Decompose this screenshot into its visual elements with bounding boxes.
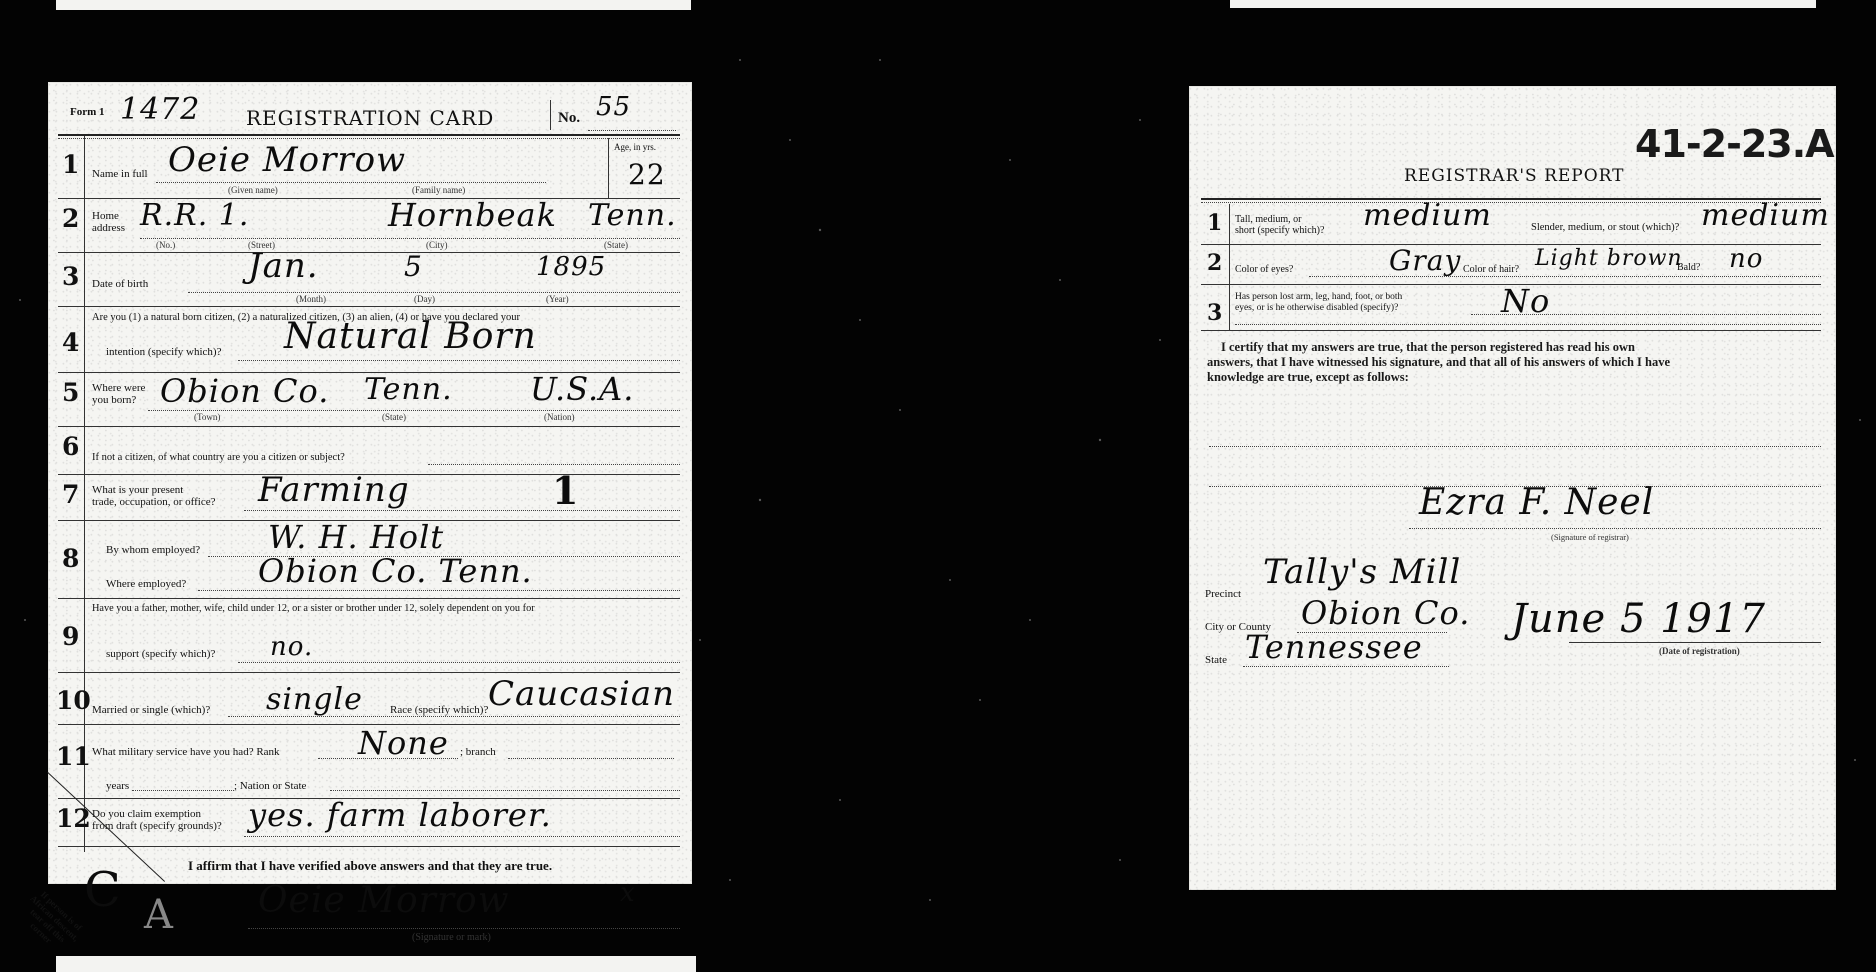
birth-state: Tenn. [364,372,453,407]
precinct-label: Precinct [1205,588,1241,600]
precinct-value: Tally's Mill [1263,552,1461,592]
race-label: Race (specify which)? [390,704,488,716]
row-number: 4 [62,328,79,357]
occupation-label-1: What is your present [92,484,183,496]
exemption-value: yes. farm laborer. [248,796,552,834]
state-label: State [1205,654,1227,666]
adjacent-card-top-left [56,0,691,10]
dependents-question: Have you a father, mother, wife, child u… [92,603,535,614]
corner-mark-a: A [144,892,174,938]
eye-color-value: Gray [1389,244,1461,277]
height-label-1: Tall, medium, or [1235,214,1302,225]
branch-label: ; branch [460,746,496,758]
build-label: Slender, medium, or stout (which)? [1529,222,1679,233]
row-number: 1 [62,150,79,179]
race-value: Caucasian [488,674,675,714]
row-number: 5 [62,378,79,407]
year-sublabel: (Year) [546,294,569,304]
nation-sublabel: (Nation) [544,412,575,422]
home-label-1: Home [92,210,119,222]
registrars-report-card: 41-2-23.A REGISTRAR'S REPORT 1 Tall, med… [1189,86,1836,890]
certification-text: I certify that my answers are true, that… [1207,340,1821,385]
address-no-value: R.R. 1. [140,198,249,233]
nation-or-state-label: ; Nation or State [234,780,306,792]
employment-place-value: Obion Co. Tenn. [258,552,533,590]
citizenship-value: Natural Born [284,316,537,357]
dob-label: Date of birth [92,278,148,290]
county-value: Obion Co. [1301,594,1470,632]
marital-status-label: Married or single (which)? [92,704,210,716]
registrar-signature: Ezra F. Neel [1419,482,1654,523]
birthplace-label-2: you born? [92,394,136,406]
employer-value: W. H. Holt [268,518,444,556]
signature-sublabel: (Signature or mark) [412,932,491,943]
row-number: 3 [62,262,79,291]
signature-mark: x [620,878,636,908]
foreign-citizen-label: If not a citizen, of what country are yo… [92,452,345,463]
dob-year: 1895 [536,252,606,282]
row-number: 11 [56,742,91,771]
address-city-value: Hornbeak [388,196,557,234]
dob-day: 5 [404,250,423,283]
height-label-2: short (specify which)? [1235,225,1324,236]
build-value: medium [1701,198,1830,233]
birth-nation: U.S.A. [530,370,634,408]
row-number: 1 [1207,210,1222,236]
row-number: 10 [56,686,91,715]
state-value: Tennessee [1245,628,1423,666]
registration-card: Form 1 1472 REGISTRATION CARD No. 55 1 N… [48,82,692,884]
occupation-mark: 1 [552,468,579,513]
tear-off-notice: If person is of African descent, tear of… [15,886,88,958]
registrar-signature-sublabel: (Signature of registrar) [1551,532,1629,542]
row-number: 9 [62,622,79,651]
military-service-label: What military service have you had? Rank [92,746,280,758]
dob-month: Jan. [248,246,319,286]
height-value: medium [1363,198,1492,233]
disability-label-2: eyes, or is he otherwise disabled (speci… [1235,303,1398,313]
adjacent-card-bottom-left [56,956,696,972]
report-title: REGISTRAR'S REPORT [1404,166,1625,186]
hair-color-label: Color of hair? [1463,264,1519,275]
military-service-value: None [358,724,449,762]
hair-color-value: Light brown [1535,246,1683,271]
form-number: 1472 [120,92,200,127]
city-sublabel: (City) [426,240,448,250]
day-sublabel: (Day) [414,294,435,304]
exemption-label-1: Do you claim exemption [92,808,201,820]
state-sublabel: (State) [604,240,628,250]
row-number: 6 [62,432,79,461]
row-number: 7 [62,480,79,509]
support-label: support (specify which)? [106,648,215,660]
month-sublabel: (Month) [296,294,326,304]
serial-number: 55 [596,92,631,122]
birth-town: Obion Co. [160,372,329,410]
marital-status-value: single [266,682,363,717]
state-sublabel: (State) [382,412,406,422]
no-sublabel: (No.) [156,240,175,250]
town-sublabel: (Town) [194,412,220,422]
family-name-sublabel: (Family name) [412,185,465,195]
card-title: REGISTRATION CARD [246,106,494,130]
serial-no-label: No. [558,110,580,127]
eye-color-label: Color of eyes? [1235,264,1293,275]
name-value: Oeie Morrow [168,140,406,180]
affirmation-text: I affirm that I have verified above answ… [188,858,552,874]
age-label: Age, in yrs. [614,142,656,152]
employment-place-label: Where employed? [106,578,186,590]
dependents-value: no. [270,632,313,662]
occupation-value: Farming [258,470,410,510]
row-number: 8 [62,544,79,573]
registration-date: June 5 1917 [1511,596,1766,642]
corner-mark-c: C [84,862,122,918]
bald-value: no [1729,244,1763,274]
adjacent-card-top-right [1230,0,1816,8]
row-number: 2 [62,204,79,233]
disability-label-1: Has person lost arm, leg, hand, foot, or… [1235,292,1402,302]
given-name-sublabel: (Given name) [228,185,278,195]
home-label-2: address [92,222,125,234]
bald-label: Bald? [1677,262,1700,273]
employer-label: By whom employed? [106,544,200,556]
years-label: years [106,780,129,792]
form-label: Form 1 [70,106,105,118]
row-number: 3 [1207,300,1222,326]
intention-label: intention (specify which)? [106,346,221,358]
birthplace-label-1: Where were [92,382,145,394]
name-label: Name in full [92,168,148,180]
file-stamp: 41-2-23.A [1635,122,1834,166]
registrant-signature: Oeie Morrow [258,880,510,921]
address-state-value: Tenn. [588,198,677,233]
occupation-label-2: trade, occupation, or office? [92,496,216,508]
registration-date-sublabel: (Date of registration) [1659,646,1740,656]
row-number: 2 [1207,250,1222,276]
age-value: 22 [628,158,666,191]
